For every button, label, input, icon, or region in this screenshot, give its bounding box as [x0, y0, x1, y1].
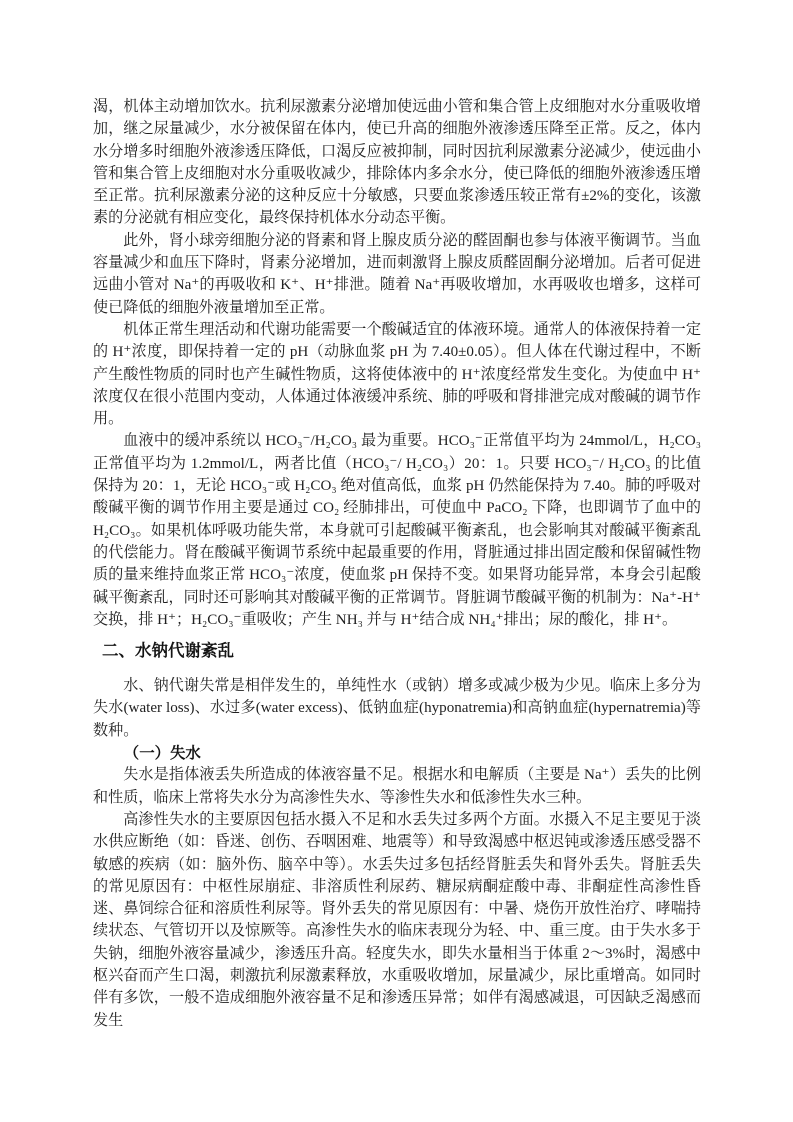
subsection-heading-dehydration: （一）失水 — [93, 742, 701, 764]
body-paragraph-renin-aldosterone: 此外，肾小球旁细胞分泌的肾素和肾上腺皮质分泌的醛固酮也参与体液平衡调节。当血容量… — [93, 230, 701, 319]
page-text-content: 渴，机体主动增加饮水。抗利尿激素分泌增加使远曲小管和集合管上皮细胞对水分重吸收增… — [93, 96, 701, 1032]
body-paragraph-disorder-classification: 水、钠代谢失常是相伴发生的，单纯性水（或钠）增多或减少极为少见。临床上多分为失水… — [93, 675, 701, 742]
body-paragraph-dehydration-definition: 失水是指体液丢失所造成的体液容量不足。根据水和电解质（主要是 Na⁺）丢失的比例… — [93, 764, 701, 809]
body-paragraph-hypertonic-dehydration: 高渗性失水的主要原因包括水摄入不足和水丢失过多两个方面。水摄入不足主要见于淡水供… — [93, 809, 701, 1032]
document-page: 渴，机体主动增加饮水。抗利尿激素分泌增加使远曲小管和集合管上皮细胞对水分重吸收增… — [0, 0, 793, 1122]
body-paragraph-acid-base-environment: 机体正常生理活动和代谢功能需要一个酸碱适宜的体液环境。通常人的体液保持着一定的 … — [93, 319, 701, 430]
body-paragraph-water-balance-regulation: 渴，机体主动增加饮水。抗利尿激素分泌增加使远曲小管和集合管上皮细胞对水分重吸收增… — [93, 96, 701, 230]
body-paragraph-buffer-system: 血液中的缓冲系统以 HCO₃⁻/H₂CO₃ 最为重要。HCO₃⁻正常值平均为 2… — [93, 430, 701, 631]
section-heading-water-sodium-metabolism-disorder: 二、水钠代谢紊乱 — [102, 640, 701, 662]
